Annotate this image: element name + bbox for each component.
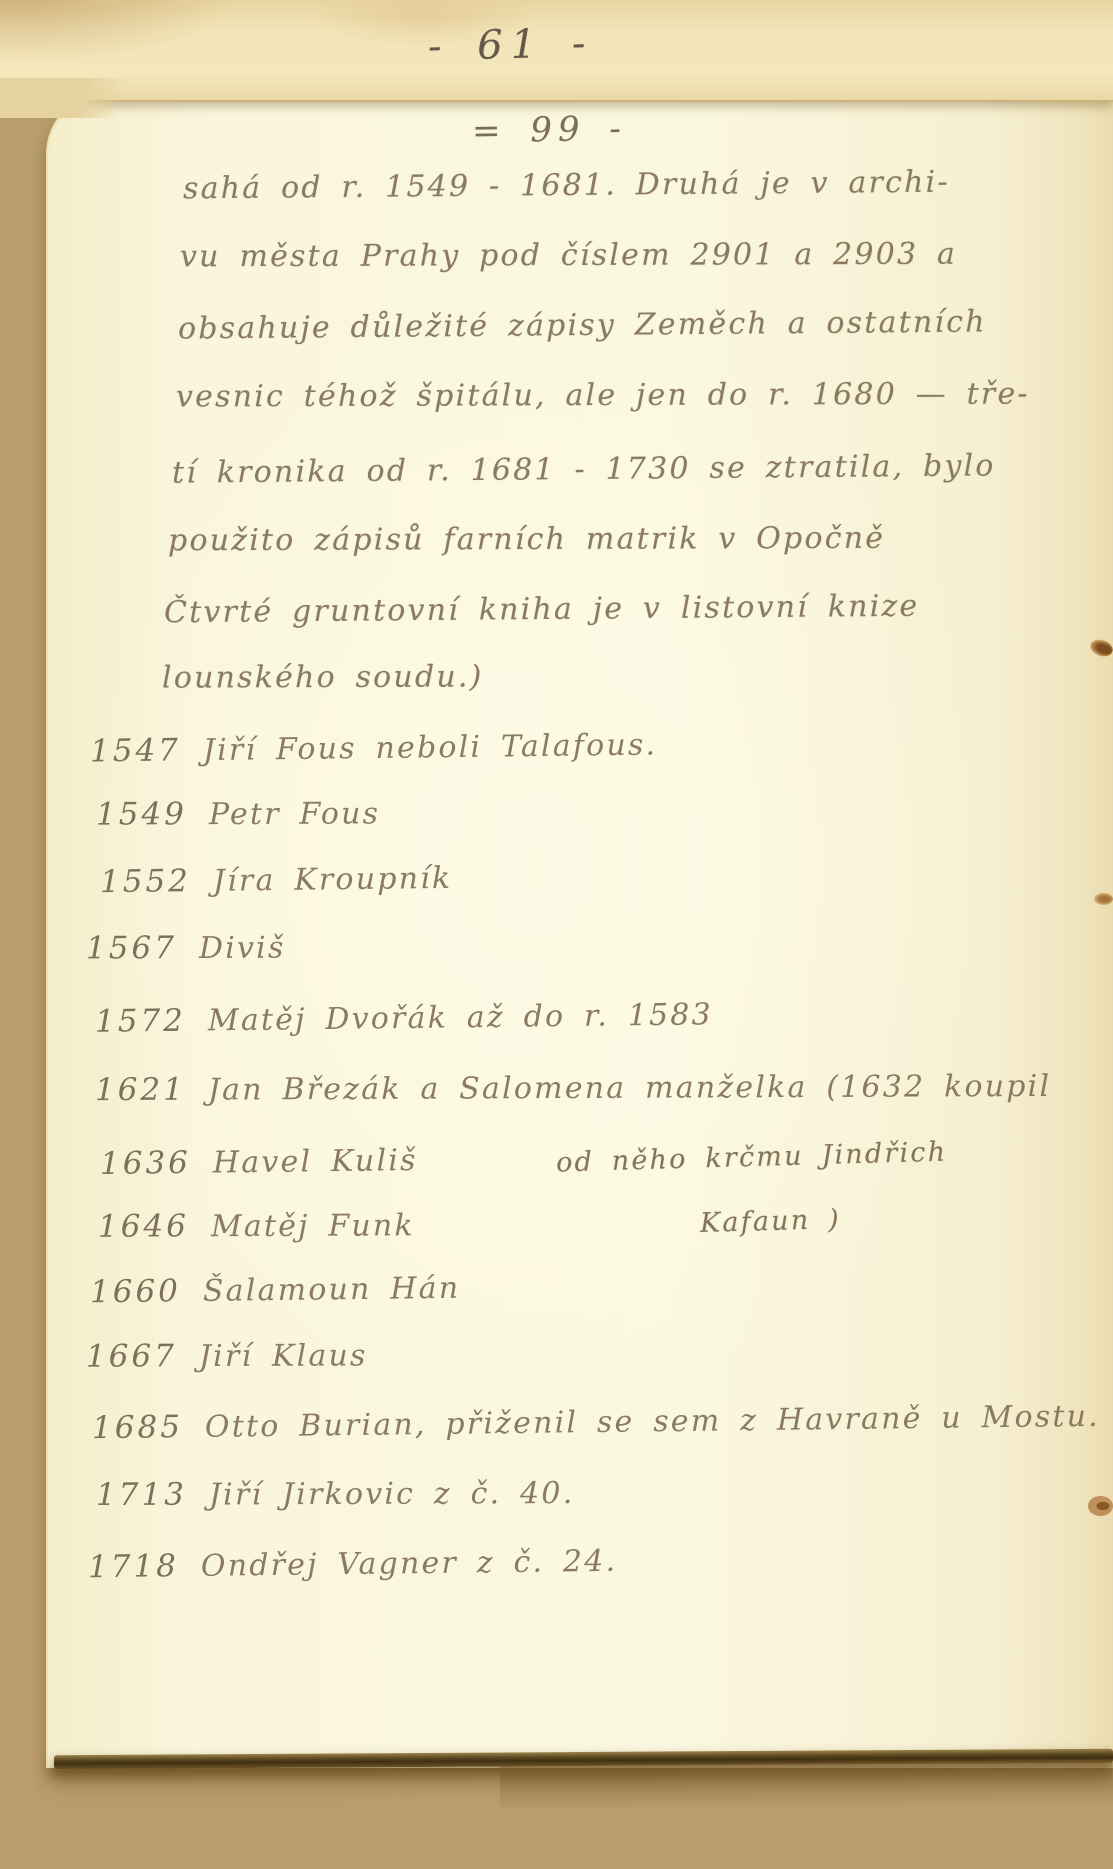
list-item: 1552Jíra Kroupník: [100, 860, 453, 900]
list-item: 1549Petr Fous: [96, 795, 380, 832]
list-item: 1718Ondřej Vagner z č. 24.: [88, 1543, 618, 1585]
entry-text: Šalamoun Hán: [203, 1271, 461, 1309]
list-item: 1713Jiří Jirkovic z č. 40.: [96, 1475, 575, 1513]
entry-text: Jíra Kroupník: [213, 861, 453, 899]
page-bottom-shadow: [500, 1760, 1113, 1812]
paper-stain-mark: [1094, 893, 1113, 905]
entry-year: 1660: [90, 1273, 181, 1310]
entry-year: 1572: [95, 1003, 186, 1040]
entry-text: Jiří Jirkovic z č. 40.: [209, 1476, 575, 1513]
entry-text: Matěj Funk: [211, 1208, 415, 1244]
list-item: 1636Havel Kuliš: [100, 1142, 418, 1182]
previous-page-corner: [0, 78, 150, 118]
entry-text: Diviš: [199, 931, 286, 966]
entry-text: Petr Fous: [209, 796, 380, 832]
paragraph-line: lounského soudu.): [162, 659, 484, 695]
margin-note-line: Kafaun ): [700, 1204, 842, 1239]
list-item: 1567Diviš: [86, 930, 286, 967]
scanned-book-page: - 61 - = 99 - sahá od r. 1549 - 1681. Dr…: [0, 0, 1113, 1869]
paragraph-line: použito zápisů farních matrik v Opočně: [168, 521, 885, 559]
list-item: 1646Matěj Funk: [98, 1207, 415, 1244]
entry-text: Jiří Fous neboli Talafous.: [203, 728, 658, 769]
previous-page-edge: - 61 -: [0, 0, 1113, 102]
entry-year: 1646: [98, 1208, 189, 1244]
entry-text: Matěj Dvořák až do r. 1583: [208, 997, 713, 1038]
page-number: = 99 -: [472, 109, 628, 152]
list-item: 1547Jiří Fous neboli Talafous.: [90, 727, 658, 770]
paragraph-line: obsahuje důležité zápisy Zeměch a ostatn…: [178, 304, 987, 346]
entry-year: 1552: [100, 863, 191, 900]
list-item: 1660Šalamoun Hán: [90, 1270, 461, 1311]
entry-text: Jan Březák a Salomena manželka (1632 kou…: [208, 1069, 1051, 1108]
list-item: 1667Jiří Klaus: [86, 1337, 368, 1374]
paragraph-line: tí kronika od r. 1681 - 1730 se ztratila…: [172, 448, 996, 490]
paragraph-line: sahá od r. 1549 - 1681. Druhá je v archi…: [183, 165, 950, 207]
entry-year: 1636: [100, 1145, 191, 1182]
entry-year: 1713: [96, 1477, 187, 1513]
entry-year: 1667: [86, 1338, 177, 1374]
entry-text: Havel Kuliš: [213, 1143, 418, 1180]
paper-tear-mark: [1088, 1496, 1113, 1516]
paragraph-line: vu města Prahy pod číslem 2901 a 2903 a: [180, 237, 957, 275]
entry-year: 1567: [86, 930, 177, 966]
entry-text: Jiří Klaus: [199, 1338, 368, 1374]
paragraph-line: Čtvrté gruntovní kniha je v listovní kni…: [164, 589, 920, 631]
folio-number: - 61 -: [428, 20, 594, 69]
entry-year: 1685: [92, 1409, 183, 1446]
entry-year: 1547: [90, 732, 181, 769]
paragraph-line: vesnic téhož špitálu, ale jen do r. 1680…: [176, 377, 1030, 415]
entry-year: 1621: [95, 1072, 186, 1108]
entry-year: 1549: [96, 796, 187, 832]
entry-year: 1718: [88, 1548, 179, 1585]
entry-text: Ondřej Vagner z č. 24.: [201, 1544, 618, 1584]
list-item: 1621Jan Březák a Salomena manželka (1632…: [95, 1068, 1051, 1108]
list-item: 1572Matěj Dvořák až do r. 1583: [95, 996, 713, 1040]
